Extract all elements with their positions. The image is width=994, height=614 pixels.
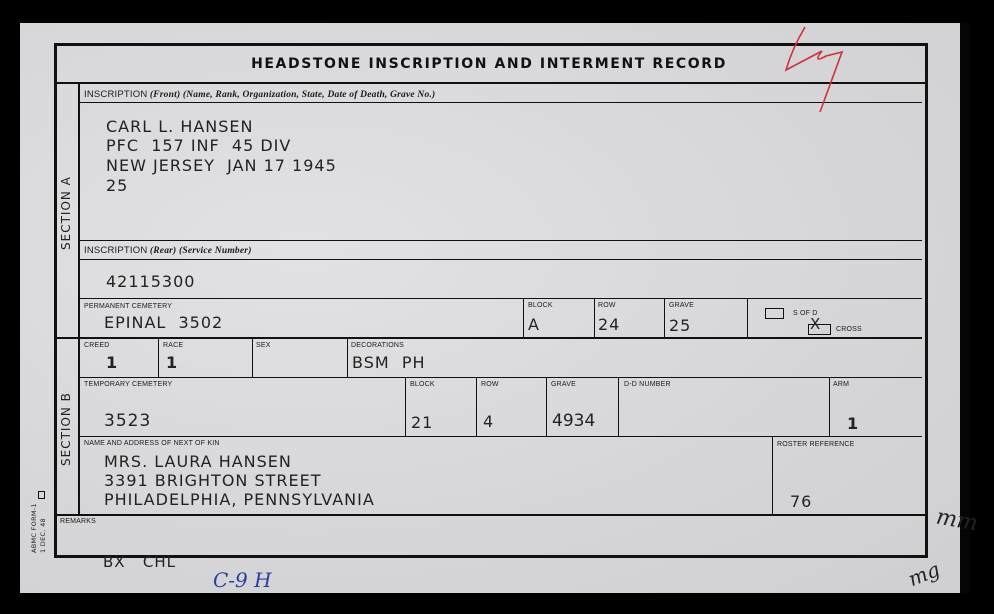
form-corner-box — [38, 491, 45, 499]
divider — [546, 377, 547, 437]
section-b-label: SECTION B — [59, 392, 73, 466]
divider — [476, 377, 477, 437]
sex-label: SEX — [256, 342, 271, 349]
divider — [158, 338, 159, 378]
divider — [79, 240, 922, 241]
divider — [79, 298, 922, 299]
creed-value: 1 — [106, 353, 118, 372]
divider — [664, 298, 665, 338]
inscription-front-line-2: PFC 157 INF 45 DIV — [106, 136, 291, 155]
temporary-block-value: 21 — [411, 413, 433, 432]
divider — [618, 377, 619, 437]
section-divider — [54, 337, 922, 339]
next-of-kin-line-2: 3391 BRIGHTON STREET — [104, 471, 322, 490]
service-number: 42115300 — [106, 272, 195, 291]
permanent-cemetery-value: EPINAL 3502 — [104, 313, 223, 332]
next-of-kin-label: NAME AND ADDRESS OF NEXT OF KIN — [84, 440, 220, 447]
blue-handwritten-note: C-9 H — [213, 568, 272, 592]
dd-number-label: D-D NUMBER — [624, 381, 671, 388]
form-number: ABMC FORM-1 — [30, 503, 38, 553]
s-of-d-checkbox[interactable] — [765, 308, 784, 319]
temporary-block-label: BLOCK — [410, 381, 435, 388]
typed-annotation: BX CHL — [103, 553, 176, 572]
cross-check-mark: X — [810, 315, 820, 333]
arm-label: ARM — [833, 381, 849, 388]
next-of-kin-line-3: PHILADELPHIA, PENNSYLVANIA — [104, 490, 375, 509]
form-date: 1 DEC. 48 — [39, 518, 47, 553]
scan-edge — [960, 23, 970, 593]
inscription-front-line-4: 25 — [106, 176, 128, 195]
red-check-mark-icon — [780, 24, 870, 114]
roster-reference-label: ROSTER REFERENCE — [777, 441, 855, 448]
temporary-cemetery-label: TEMPORARY CEMETERY — [84, 381, 172, 388]
inscription-rear-label: INSCRIPTION (Rear) (Service Number) — [84, 245, 252, 256]
race-value: 1 — [166, 353, 178, 372]
divider — [747, 298, 748, 338]
divider — [79, 436, 922, 437]
section-column-divider — [78, 83, 80, 515]
inscription-front-line-3: NEW JERSEY JAN 17 1945 — [106, 156, 337, 175]
race-label: RACE — [163, 342, 183, 349]
divider — [405, 377, 406, 437]
decorations-label: DECORATIONS — [351, 342, 404, 349]
divider — [79, 259, 922, 260]
divider — [594, 298, 595, 338]
arm-value: 1 — [847, 414, 859, 433]
temporary-row-value: 4 — [483, 412, 494, 431]
inscription-front-label: INSCRIPTION (Front) (Name, Rank, Organiz… — [84, 89, 435, 100]
remarks-label: REMARKS — [60, 518, 96, 525]
divider — [523, 298, 524, 338]
temporary-grave-label: GRAVE — [551, 381, 576, 388]
section-divider — [54, 514, 928, 516]
temporary-row-label: ROW — [481, 381, 499, 388]
section-a-label: SECTION A — [59, 176, 73, 250]
permanent-row-value: 24 — [598, 315, 620, 334]
temporary-grave-value: 4934 — [552, 412, 595, 431]
creed-label: CREED — [84, 342, 110, 349]
divider — [252, 338, 253, 378]
divider — [347, 338, 348, 378]
permanent-block-value: A — [528, 315, 540, 334]
permanent-grave-value: 25 — [669, 316, 691, 335]
permanent-grave-label: GRAVE — [669, 302, 694, 309]
permanent-cemetery-label: PERMANENT CEMETERY — [84, 303, 172, 310]
permanent-block-label: BLOCK — [528, 302, 553, 309]
divider — [829, 377, 830, 437]
decorations-value: BSM PH — [352, 353, 426, 372]
roster-reference-value: 76 — [790, 492, 812, 511]
next-of-kin-line-1: MRS. LAURA HANSEN — [104, 452, 292, 471]
temporary-cemetery-value: 3523 — [104, 412, 151, 431]
permanent-row-label: ROW — [598, 302, 616, 309]
divider — [79, 377, 922, 378]
inscription-front-line-1: CARL L. HANSEN — [106, 117, 254, 136]
divider — [772, 436, 773, 515]
cross-label: CROSS — [836, 326, 862, 333]
